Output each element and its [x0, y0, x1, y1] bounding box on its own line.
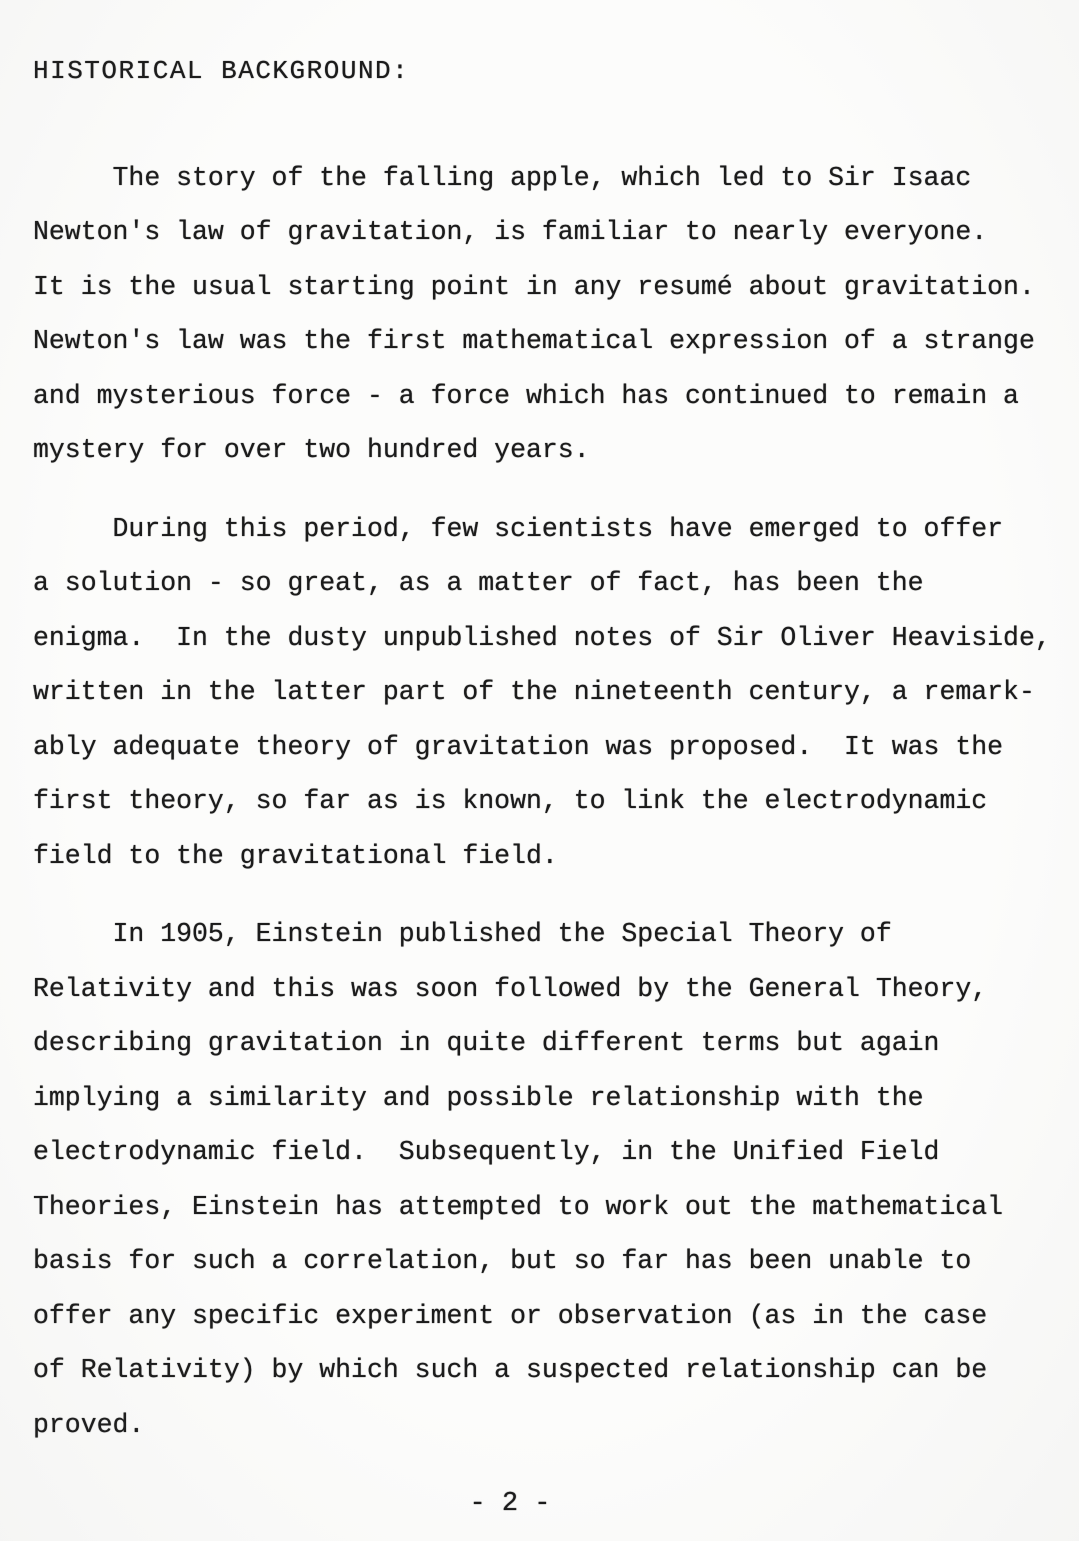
text-line: ably adequate theory of gravitation was …: [33, 720, 1059, 775]
text-line: proved.: [33, 1398, 1059, 1453]
document-title: HISTORICAL BACKGROUND:: [33, 44, 1059, 99]
text-line: a solution - so great, as a matter of fa…: [33, 556, 1059, 611]
text-line: Newton's law was the first mathematical …: [33, 314, 1059, 369]
text-line: enigma. In the dusty unpublished notes o…: [33, 611, 1059, 666]
text-line: Theories, Einstein has attempted to work…: [33, 1180, 1059, 1235]
text-line: During this period, few scientists have …: [33, 502, 1059, 557]
text-line: and mysterious force - a force which has…: [33, 369, 1059, 424]
text-line: basis for such a correlation, but so far…: [33, 1234, 1059, 1289]
text-line: It is the usual starting point in any re…: [33, 260, 1059, 315]
text-line: of Relativity) by which such a suspected…: [33, 1343, 1059, 1398]
text-line: mystery for over two hundred years.: [33, 423, 1059, 478]
text-line: written in the latter part of the ninete…: [33, 665, 1059, 720]
text-line: The story of the falling apple, which le…: [33, 151, 1059, 206]
document-body: The story of the falling apple, which le…: [33, 151, 1059, 1453]
document-page: HISTORICAL BACKGROUND: The story of the …: [0, 0, 1079, 1541]
text-line: field to the gravitational field.: [33, 829, 1059, 884]
text-line: electrodynamic field. Subsequently, in t…: [33, 1125, 1059, 1180]
paragraph: In 1905, Einstein published the Special …: [33, 907, 1059, 1452]
text-line: implying a similarity and possible relat…: [33, 1071, 1059, 1126]
text-line: first theory, so far as is known, to lin…: [33, 774, 1059, 829]
document-content: HISTORICAL BACKGROUND: The story of the …: [0, 0, 1079, 1452]
text-line: offer any specific experiment or observa…: [33, 1289, 1059, 1344]
page-number: - 2 -: [0, 1489, 1020, 1519]
paragraph: The story of the falling apple, which le…: [33, 151, 1059, 478]
text-line: In 1905, Einstein published the Special …: [33, 907, 1059, 962]
text-line: Relativity and this was soon followed by…: [33, 962, 1059, 1017]
text-line: describing gravitation in quite differen…: [33, 1016, 1059, 1071]
paragraph: During this period, few scientists have …: [33, 502, 1059, 884]
text-line: Newton's law of gravitation, is familiar…: [33, 205, 1059, 260]
